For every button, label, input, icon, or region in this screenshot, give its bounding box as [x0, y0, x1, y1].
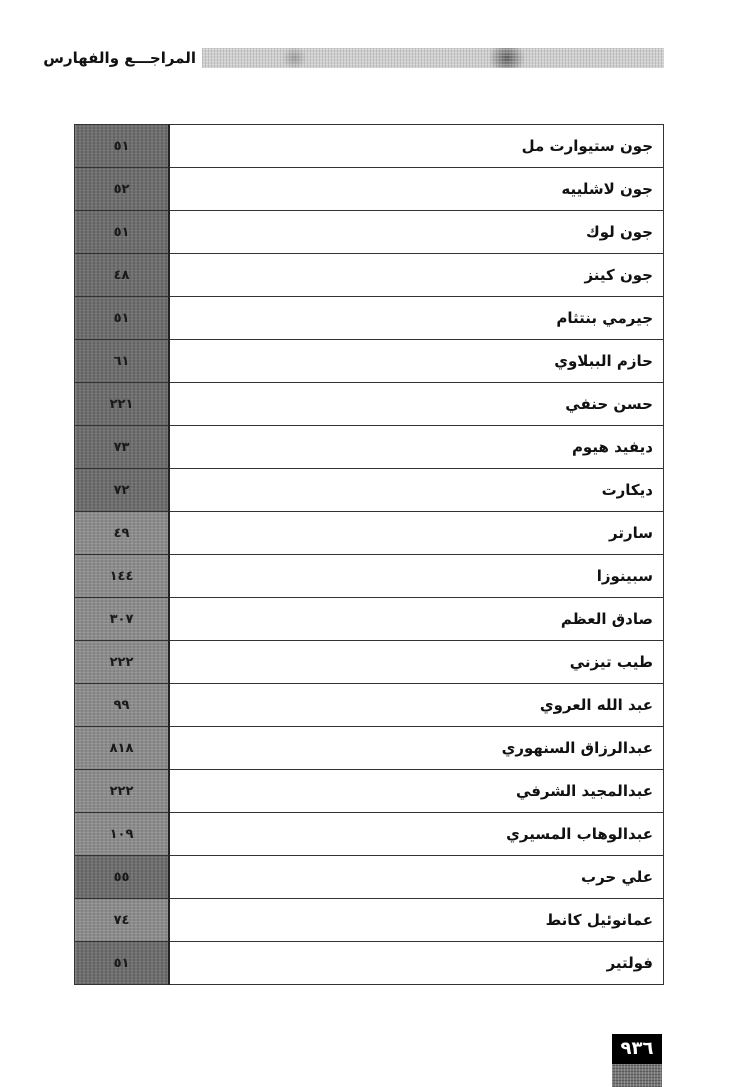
- person-name: فولتير: [169, 942, 664, 985]
- person-name: عمانوئيل كانط: [169, 899, 664, 942]
- page-ref: ٦١: [75, 340, 170, 383]
- page-ref: ٢٢١: [75, 383, 170, 426]
- page-ref: ٤٩: [75, 512, 170, 555]
- page-number-decoration: [612, 1064, 662, 1087]
- table-row: ٥١ جون لوك: [75, 211, 664, 254]
- table-row: ٥٢ جون لاشلييه: [75, 168, 664, 211]
- person-name: عبد الله العروي: [169, 684, 664, 727]
- page-ref: ٧٤: [75, 899, 170, 942]
- table-row: ٥١ جيرمي بنتثام: [75, 297, 664, 340]
- table-row: ٢٢٢ عبدالمجيد الشرفي: [75, 770, 664, 813]
- person-name: طيب تيزني: [169, 641, 664, 684]
- table-row: ٥١ فولتير: [75, 942, 664, 985]
- header-title: المراجـــع والفهارس: [68, 49, 196, 67]
- person-name: ديفيد هيوم: [169, 426, 664, 469]
- page-ref: ٣٠٧: [75, 598, 170, 641]
- table-row: ١٤٤ سبينوزا: [75, 555, 664, 598]
- person-name: حسن حنفي: [169, 383, 664, 426]
- table-row: ٧٤ عمانوئيل كانط: [75, 899, 664, 942]
- page-ref: ٧٢: [75, 469, 170, 512]
- person-name: عبدالمجيد الشرفي: [169, 770, 664, 813]
- person-name: علي حرب: [169, 856, 664, 899]
- page-ref: ٥٥: [75, 856, 170, 899]
- page-ref: ٨١٨: [75, 727, 170, 770]
- table-row: ٩٩ عبد الله العروي: [75, 684, 664, 727]
- person-name: سارتر: [169, 512, 664, 555]
- table-row: ٢٢١ حسن حنفي: [75, 383, 664, 426]
- running-header: المراجـــع والفهارس: [68, 47, 664, 69]
- table-row: ٦١ حازم الببلاوي: [75, 340, 664, 383]
- table-row: ٧٢ ديكارت: [75, 469, 664, 512]
- table-row: ٣٠٧ صادق العظم: [75, 598, 664, 641]
- page-ref: ٥٢: [75, 168, 170, 211]
- table-row: ٥١ جون ستيوارت مل: [75, 125, 664, 168]
- person-name: حازم الببلاوي: [169, 340, 664, 383]
- page-ref: ٤٨: [75, 254, 170, 297]
- person-name: جيرمي بنتثام: [169, 297, 664, 340]
- page-ref: ٢٢٢: [75, 770, 170, 813]
- person-name: سبينوزا: [169, 555, 664, 598]
- page-ref: ١٠٩: [75, 813, 170, 856]
- person-name: جون ستيوارت مل: [169, 125, 664, 168]
- person-name: عبدالوهاب المسيري: [169, 813, 664, 856]
- page-ref: ٥١: [75, 211, 170, 254]
- page-ref: ٥١: [75, 125, 170, 168]
- page-ref: ١٤٤: [75, 555, 170, 598]
- table-row: ٢٢٢ طيب تيزني: [75, 641, 664, 684]
- table-row: ١٠٩ عبدالوهاب المسيري: [75, 813, 664, 856]
- page-ref: ٢٢٢: [75, 641, 170, 684]
- person-name: صادق العظم: [169, 598, 664, 641]
- page-number: ٩٣٦: [612, 1034, 662, 1064]
- person-name: جون لوك: [169, 211, 664, 254]
- page-ref: ٧٣: [75, 426, 170, 469]
- table-row: ٨١٨ عبدالرزاق السنهوري: [75, 727, 664, 770]
- page-ref: ٥١: [75, 297, 170, 340]
- table-row: ٥٥ علي حرب: [75, 856, 664, 899]
- table-row: ٧٣ ديفيد هيوم: [75, 426, 664, 469]
- person-name: عبدالرزاق السنهوري: [169, 727, 664, 770]
- index-table: ٥١ جون ستيوارت مل ٥٢ جون لاشلييه ٥١ جون …: [74, 124, 664, 985]
- person-name: جون لاشلييه: [169, 168, 664, 211]
- person-name: ديكارت: [169, 469, 664, 512]
- header-decorative-bar: [202, 48, 664, 68]
- table-row: ٤٩ سارتر: [75, 512, 664, 555]
- page-ref: ٩٩: [75, 684, 170, 727]
- table-row: ٤٨ جون كينز: [75, 254, 664, 297]
- page-ref: ٥١: [75, 942, 170, 985]
- page-number-box: ٩٣٦: [612, 1034, 662, 1087]
- person-name: جون كينز: [169, 254, 664, 297]
